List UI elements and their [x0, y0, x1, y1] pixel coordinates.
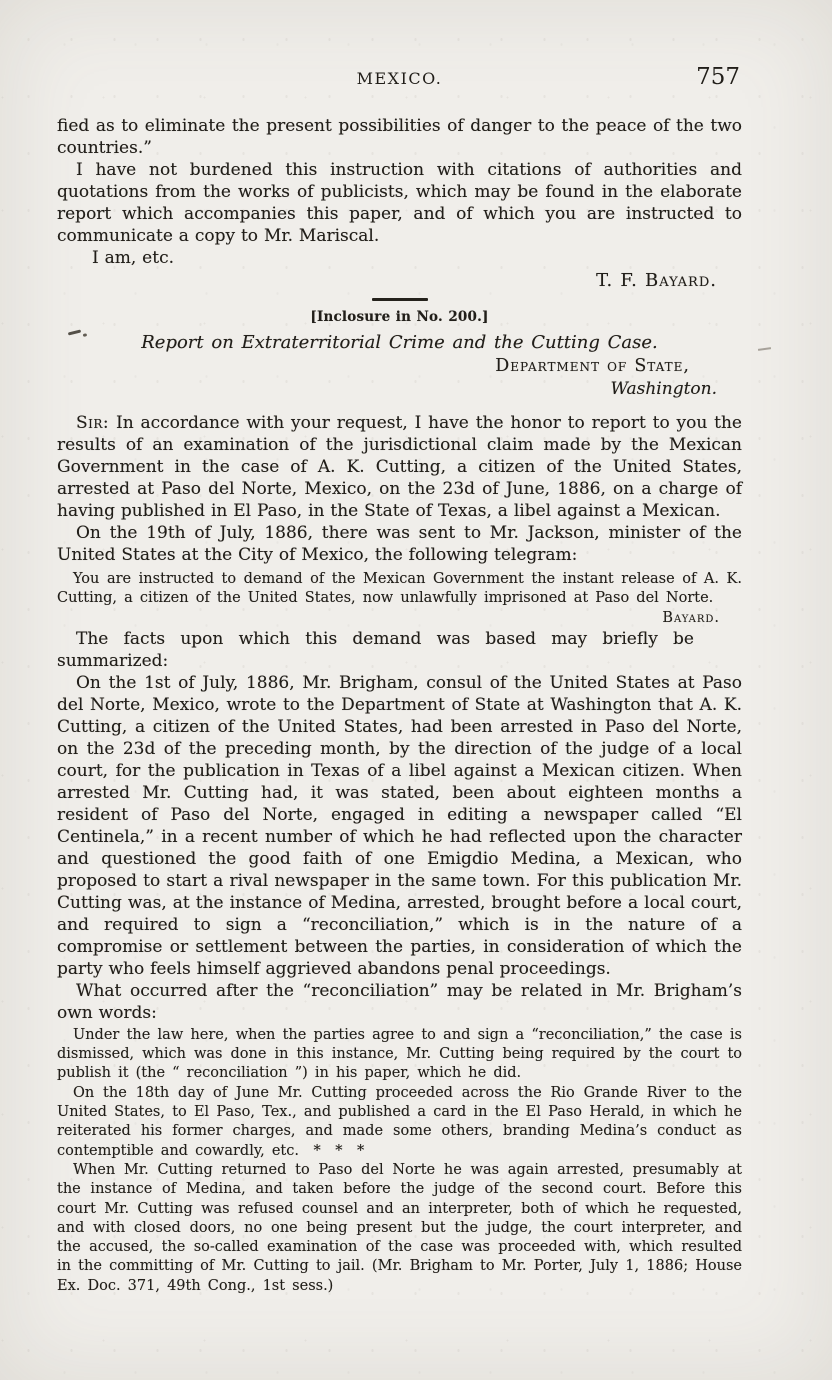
- page-number: 757: [696, 62, 740, 92]
- letter-valediction: I am, etc.: [57, 247, 742, 269]
- report-opening-text: In accordance with your request, I have …: [57, 413, 742, 521]
- report-opening-paragraph: Sir: In accordance with your request, I …: [57, 412, 742, 522]
- inclosure-tag: [Inclosure in No. 200.]: [57, 309, 742, 325]
- dateline-office: Department of State,: [57, 355, 742, 378]
- letter-paragraph-continued: fied as to eliminate the present possibi…: [57, 115, 742, 159]
- margin-dash-artifact: [758, 347, 771, 351]
- telegram-block: You are instructed to demand of the Mexi…: [57, 570, 742, 628]
- scanned-document-page: MEXICO. 757 fied as to eliminate the pre…: [0, 0, 832, 1380]
- letter-signature: T. F. Bayard.: [57, 269, 742, 293]
- telegram-intro-paragraph: On the 19th of July, 1886, there was sen…: [57, 522, 742, 566]
- report-title: Report on Extraterritorial Crime and the…: [57, 331, 742, 355]
- extract-paragraph: Under the law here, when the parties agr…: [57, 1026, 742, 1084]
- letter-paragraph-citations: I have not burdened this instruction wit…: [57, 159, 742, 247]
- narrative-paragraph: On the 1st of July, 1886, Mr. Brigham, c…: [57, 672, 742, 980]
- section-divider-rule: [372, 298, 428, 301]
- running-title: MEXICO.: [57, 64, 742, 94]
- running-head: MEXICO. 757: [57, 64, 742, 94]
- telegram-signature: Bayard.: [57, 609, 742, 628]
- text-column: MEXICO. 757 fied as to eliminate the pre…: [57, 64, 742, 1296]
- brigham-extract-block: Under the law here, when the parties agr…: [57, 1026, 742, 1296]
- salutation: Sir:: [76, 413, 109, 433]
- extract-intro-paragraph: What occurred after the “reconciliation”…: [57, 980, 742, 1024]
- extract-paragraph: On the 18th day of June Mr. Cutting proc…: [57, 1084, 742, 1161]
- facts-paragraph: The facts upon which this demand was bas…: [57, 628, 742, 672]
- dateline-place: Washington.: [57, 378, 742, 400]
- extract-paragraph: When Mr. Cutting returned to Paso del No…: [57, 1161, 742, 1296]
- telegram-text: You are instructed to demand of the Mexi…: [57, 570, 742, 609]
